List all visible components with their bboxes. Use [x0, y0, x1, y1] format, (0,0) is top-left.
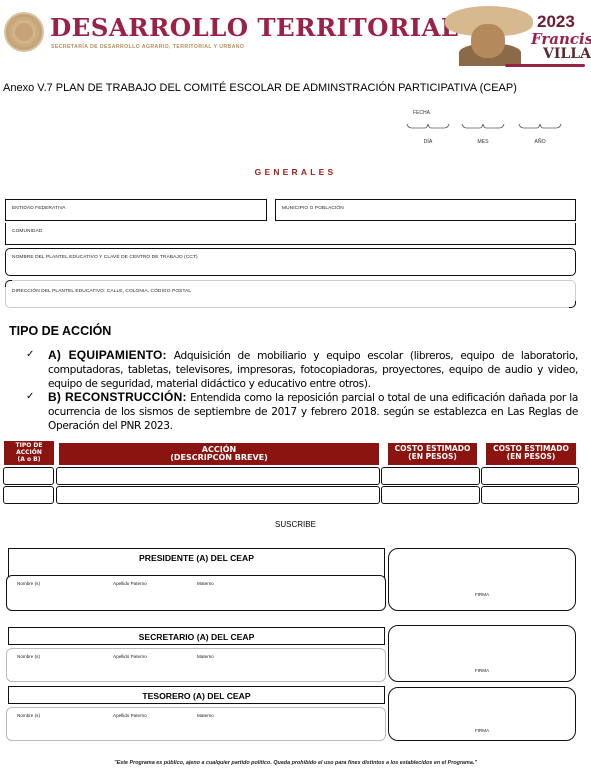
column-header-accion: ACCIÓN (DESCRIPCÓN BREVE)	[59, 443, 379, 465]
secretario-role-box: SECRETARIO (A) DEL CEAP	[8, 627, 385, 645]
apellido-paterno-label: Apellido Paterno	[113, 654, 147, 659]
tesorero-role-title: TESORERO (A) DEL CEAP	[9, 687, 384, 701]
equipamiento-label: A) EQUIPAMIENTO:	[48, 348, 167, 362]
brand-subtitle: SECRETARÍA DE DESARROLLO AGRARIO, TERRIT…	[51, 44, 244, 50]
municipio-label: MUNICIPIO O POBLACIÓN	[282, 206, 344, 211]
entidad-federativa-label: ENTIDAD FEDERATIVA	[12, 206, 66, 211]
suscribe-heading: SUSCRIBE	[0, 520, 591, 529]
reconstruccion-label: B) RECONSTRUCCIÓN:	[48, 390, 187, 404]
footer-disclaimer: "Este Programa es público, ajeno a cualq…	[0, 760, 591, 766]
comunidad-field[interactable]: COMUNIDAD	[5, 223, 576, 245]
generales-heading: GENERALES	[0, 167, 591, 177]
nombre-label: Nombre (s)	[17, 581, 40, 586]
accion-cell[interactable]	[56, 486, 380, 504]
presidente-role-title: PRESIDENTE (A) DEL CEAP	[9, 549, 384, 563]
month-input[interactable]	[461, 123, 505, 133]
checkmark-icon: ✓	[26, 390, 34, 404]
firma-label: FIRMA	[389, 592, 575, 597]
tesorero-role-box: TESORERO (A) DEL CEAP	[8, 686, 385, 704]
materno-label: Materno	[197, 581, 214, 586]
logo-surname: VILLA	[543, 46, 591, 62]
costo-estimado-1-cell[interactable]	[381, 486, 480, 504]
direccion-field[interactable]: DIRECCIÓN DEL PLANTEL EDUCATIVO: CALLE, …	[5, 280, 576, 308]
tipo-accion-heading: TIPO DE ACCIÓN	[9, 324, 111, 338]
presidente-signature-box[interactable]: FIRMA	[388, 548, 576, 611]
tesorero-name-field[interactable]: Nombre (s)Apellido PaternoMaterno	[6, 707, 386, 741]
plantel-cct-field[interactable]: NOMBRE DEL PLANTEL EDUCATIVO Y CLAVE DE …	[5, 248, 576, 276]
column-header-costo-estimado-2: COSTO ESTIMADO (EN PESOS)	[486, 443, 576, 465]
column-header-tipo-accion: TIPO DE ACCIÓN (A o B)	[4, 441, 54, 465]
accion-cell[interactable]	[56, 467, 380, 485]
costo-estimado-2-cell[interactable]	[481, 467, 579, 485]
firma-label: FIRMA	[389, 728, 575, 733]
costo-estimado-2-cell[interactable]	[481, 486, 579, 504]
firma-label: FIRMA	[389, 668, 575, 673]
day-label: DÍA	[406, 139, 450, 145]
tipo-accion-cell[interactable]	[3, 467, 54, 485]
tipo-accion-cell[interactable]	[3, 486, 54, 504]
secretario-signature-box[interactable]: FIRMA	[388, 625, 576, 682]
materno-label: Materno	[197, 654, 214, 659]
year-input[interactable]	[518, 123, 562, 133]
brand-title: DESARROLLO TERRITORIAL	[50, 13, 459, 42]
apellido-paterno-label: Apellido Paterno	[113, 713, 147, 718]
entidad-federativa-field[interactable]: ENTIDAD FEDERATIVA	[5, 199, 267, 221]
comunidad-label: COMUNIDAD	[12, 229, 42, 234]
direccion-label: DIRECCIÓN DEL PLANTEL EDUCATIVO: CALLE, …	[12, 289, 191, 294]
portrait-face-illustration	[471, 24, 505, 58]
column-header-costo-estimado-1: COSTO ESTIMADO (EN PESOS)	[388, 443, 477, 465]
municipio-field[interactable]: MUNICIPIO O POBLACIÓN	[275, 199, 576, 221]
nombre-label: Nombre (s)	[17, 713, 40, 718]
option-reconstruccion: ✓ B) RECONSTRUCCIÓN: Entendida como la r…	[30, 390, 578, 433]
francisco-villa-2023-logo: 2023 Francisco VILLA	[445, 2, 585, 70]
presidente-name-field[interactable]: Nombre (s)Apellido PaternoMaterno	[6, 575, 386, 611]
secretario-name-field[interactable]: Nombre (s)Apellido PaternoMaterno	[6, 648, 386, 682]
government-seal-logo	[4, 12, 44, 52]
option-equipamiento: ✓ A) EQUIPAMIENTO: Adquisición de mobili…	[30, 348, 578, 391]
nombre-label: Nombre (s)	[17, 654, 40, 659]
tesorero-signature-box[interactable]: FIRMA	[388, 687, 576, 741]
materno-label: Materno	[197, 713, 214, 718]
costo-estimado-1-cell[interactable]	[381, 467, 480, 485]
month-label: MES	[461, 139, 505, 145]
secretario-role-title: SECRETARIO (A) DEL CEAP	[9, 628, 384, 642]
year-label: AÑO	[518, 139, 562, 145]
checkmark-icon: ✓	[26, 348, 34, 362]
logo-ribbon	[505, 64, 585, 67]
annex-title: Anexo V.7 PLAN DE TRABAJO DEL COMITÉ ESC…	[3, 82, 517, 94]
fecha-label: FECHA	[413, 110, 430, 116]
presidente-role-box: PRESIDENTE (A) DEL CEAP	[8, 548, 385, 578]
plantel-cct-label: NOMBRE DEL PLANTEL EDUCATIVO Y CLAVE DE …	[12, 255, 198, 260]
day-input[interactable]	[406, 123, 450, 133]
logo-year: 2023	[537, 12, 575, 32]
apellido-paterno-label: Apellido Paterno	[113, 581, 147, 586]
